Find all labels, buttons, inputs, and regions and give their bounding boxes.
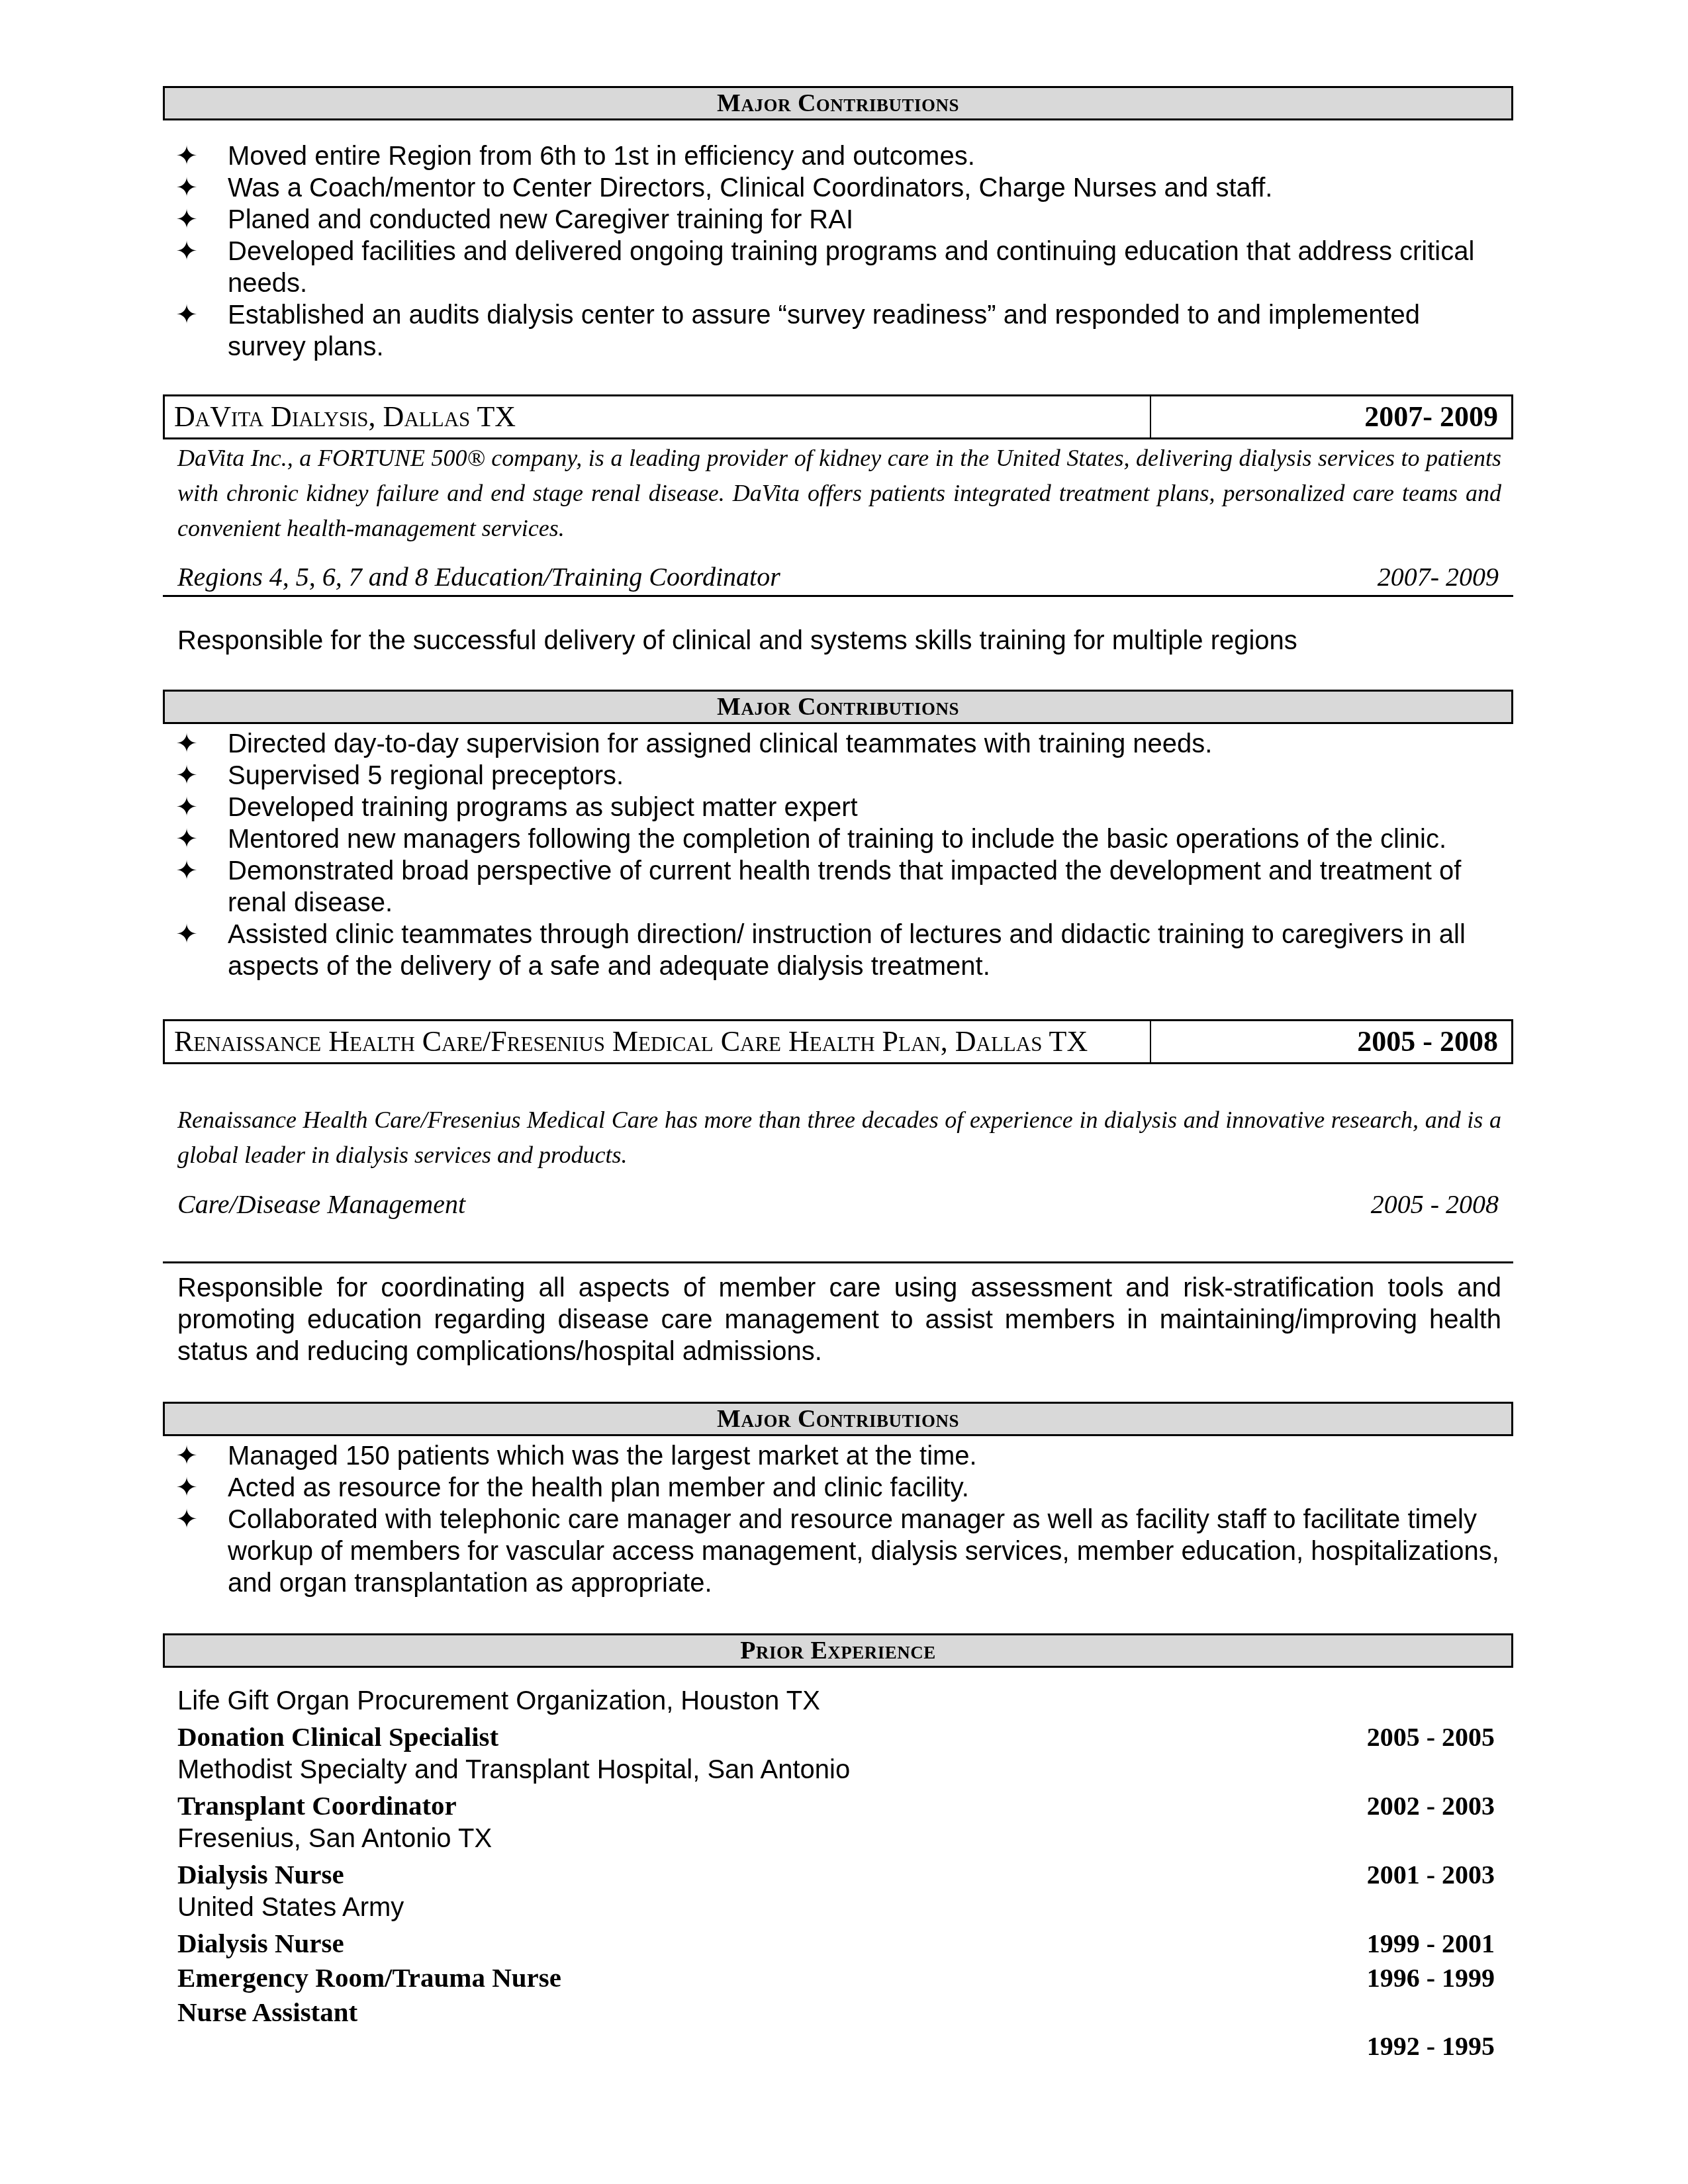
bullet-text: Developed training programs as subject m… xyxy=(228,793,858,822)
company-dates: 2007- 2009 xyxy=(1151,396,1511,437)
list-item: ✦Developed facilities and delivered ongo… xyxy=(173,236,1504,299)
bullet-text: Mentored new managers following the comp… xyxy=(228,825,1446,854)
job-years: 2005 - 2005 xyxy=(1367,1721,1495,1752)
bullet-text: Planed and conducted new Caregiver train… xyxy=(228,205,853,234)
company-dates: 2005 - 2008 xyxy=(1151,1021,1511,1062)
job-title: Donation Clinical Specialist xyxy=(177,1721,498,1752)
four-pointed-star-icon: ✦ xyxy=(173,792,200,823)
company-description: DaVita Inc., a FORTUNE 500® company, is … xyxy=(177,441,1501,546)
list-item: ✦Was a Coach/mentor to Center Directors,… xyxy=(173,172,1504,204)
company-box-renaissance: Renaissance Health Care/Fresenius Medica… xyxy=(163,1019,1513,1064)
company-name: Renaissance Health Care/Fresenius Medica… xyxy=(165,1021,1151,1062)
company-name: DaVita Dialysis, Dallas TX xyxy=(165,396,1151,437)
role-row: Care/Disease Management 2005 - 2008 xyxy=(163,1189,1513,1220)
four-pointed-star-icon: ✦ xyxy=(173,1504,200,1535)
four-pointed-star-icon: ✦ xyxy=(173,236,200,267)
bullet-text: Acted as resource for the health plan me… xyxy=(228,1473,969,1502)
four-pointed-star-icon: ✦ xyxy=(173,1472,200,1504)
divider xyxy=(163,1261,1513,1263)
list-item: ✦Acted as resource for the health plan m… xyxy=(173,1472,1504,1504)
bullet-text: Developed facilities and delivered ongoi… xyxy=(228,237,1474,298)
list-item: ✦Collaborated with telephonic care manag… xyxy=(173,1504,1504,1599)
job-title: Dialysis Nurse xyxy=(177,1927,344,1959)
four-pointed-star-icon: ✦ xyxy=(173,919,200,950)
prior-experience-row: Transplant Coordinator2002 - 2003 xyxy=(177,1790,1495,1824)
employer-name: Methodist Specialty and Transplant Hospi… xyxy=(177,1755,850,1785)
four-pointed-star-icon: ✦ xyxy=(173,728,200,760)
prior-experience-row: 1992 - 1995 xyxy=(177,2030,1495,2065)
section-header-major-contributions: Major Contributions xyxy=(163,86,1513,120)
resume-page: Major Contributions ✦Moved entire Region… xyxy=(0,0,1688,2184)
job-title: Nurse Assistant xyxy=(177,1996,357,2028)
section-header-major-contributions: Major Contributions xyxy=(163,1402,1513,1436)
role-title: Regions 4, 5, 6, 7 and 8 Education/Train… xyxy=(177,561,780,592)
list-item: ✦Directed day-to-day supervision for ass… xyxy=(173,728,1504,760)
prior-experience-list: Life Gift Organ Procurement Organization… xyxy=(177,1686,1495,2065)
employer-name: Fresenius, San Antonio TX xyxy=(177,1824,492,1854)
job-years: 1999 - 2001 xyxy=(1367,1928,1495,1959)
prior-experience-row: Nurse Assistant xyxy=(177,1996,1495,2030)
bullet-text: Directed day-to-day supervision for assi… xyxy=(228,729,1212,758)
role-summary: Responsible for coordinating all aspects… xyxy=(177,1272,1501,1367)
prior-experience-row: United States Army xyxy=(177,1893,1495,1927)
four-pointed-star-icon: ✦ xyxy=(173,1440,200,1472)
list-item: ✦Managed 150 patients which was the larg… xyxy=(173,1440,1504,1472)
list-item: ✦Planed and conducted new Caregiver trai… xyxy=(173,204,1504,236)
four-pointed-star-icon: ✦ xyxy=(173,855,200,887)
job-title: Transplant Coordinator xyxy=(177,1790,457,1821)
list-item: ✦Assisted clinic teammates through direc… xyxy=(173,919,1504,982)
role-title: Care/Disease Management xyxy=(177,1189,465,1220)
bullet-text: Established an audits dialysis center to… xyxy=(228,300,1420,361)
list-item: ✦Supervised 5 regional preceptors. xyxy=(173,760,1504,792)
prior-experience-row: Fresenius, San Antonio TX xyxy=(177,1824,1495,1858)
prior-experience-row: Emergency Room/Trauma Nurse1996 - 1999 xyxy=(177,1962,1495,1996)
role-row: Regions 4, 5, 6, 7 and 8 Education/Train… xyxy=(163,561,1513,597)
four-pointed-star-icon: ✦ xyxy=(173,204,200,236)
contributions-list: ✦Directed day-to-day supervision for ass… xyxy=(173,728,1504,982)
bullet-text: Moved entire Region from 6th to 1st in e… xyxy=(228,142,975,171)
four-pointed-star-icon: ✦ xyxy=(173,823,200,855)
employer-name: United States Army xyxy=(177,1893,404,1923)
four-pointed-star-icon: ✦ xyxy=(173,299,200,331)
list-item: ✦Established an audits dialysis center t… xyxy=(173,299,1504,363)
job-years: 2001 - 2003 xyxy=(1367,1859,1495,1890)
role-summary: Responsible for the successful delivery … xyxy=(177,625,1501,657)
bullet-text: Collaborated with telephonic care manage… xyxy=(228,1505,1499,1598)
role-dates: 2007- 2009 xyxy=(1378,561,1499,592)
job-title: Dialysis Nurse xyxy=(177,1858,344,1890)
list-item: ✦Demonstrated broad perspective of curre… xyxy=(173,855,1504,919)
four-pointed-star-icon: ✦ xyxy=(173,172,200,204)
bullet-text: Supervised 5 regional preceptors. xyxy=(228,761,624,790)
prior-experience-row: Life Gift Organ Procurement Organization… xyxy=(177,1686,1495,1721)
bullet-text: Managed 150 patients which was the large… xyxy=(228,1441,977,1471)
company-description: Renaissance Health Care/Fresenius Medica… xyxy=(177,1103,1501,1173)
job-years: 1996 - 1999 xyxy=(1367,1962,1495,1993)
role-dates: 2005 - 2008 xyxy=(1371,1189,1499,1220)
prior-experience-row: Donation Clinical Specialist2005 - 2005 xyxy=(177,1721,1495,1755)
contributions-list: ✦Moved entire Region from 6th to 1st in … xyxy=(173,140,1504,363)
list-item: ✦Mentored new managers following the com… xyxy=(173,823,1504,855)
four-pointed-star-icon: ✦ xyxy=(173,140,200,172)
prior-experience-row: Dialysis Nurse1999 - 2001 xyxy=(177,1927,1495,1962)
list-item: ✦Moved entire Region from 6th to 1st in … xyxy=(173,140,1504,172)
employer-name: Life Gift Organ Procurement Organization… xyxy=(177,1686,820,1716)
list-item: ✦Developed training programs as subject … xyxy=(173,792,1504,823)
bullet-text: Demonstrated broad perspective of curren… xyxy=(228,856,1461,917)
company-box-davita: DaVita Dialysis, Dallas TX 2007- 2009 xyxy=(163,394,1513,439)
bullet-text: Was a Coach/mentor to Center Directors, … xyxy=(228,173,1272,203)
prior-experience-row: Dialysis Nurse2001 - 2003 xyxy=(177,1858,1495,1893)
contributions-list: ✦Managed 150 patients which was the larg… xyxy=(173,1440,1504,1599)
section-header-major-contributions: Major Contributions xyxy=(163,690,1513,724)
section-header-prior-experience: Prior Experience xyxy=(163,1633,1513,1668)
prior-experience-row: Methodist Specialty and Transplant Hospi… xyxy=(177,1755,1495,1790)
job-title: Emergency Room/Trauma Nurse xyxy=(177,1962,561,1993)
job-years: 1992 - 1995 xyxy=(1367,2030,1495,2062)
job-years: 2002 - 2003 xyxy=(1367,1790,1495,1821)
bullet-text: Assisted clinic teammates through direct… xyxy=(228,920,1466,981)
four-pointed-star-icon: ✦ xyxy=(173,760,200,792)
